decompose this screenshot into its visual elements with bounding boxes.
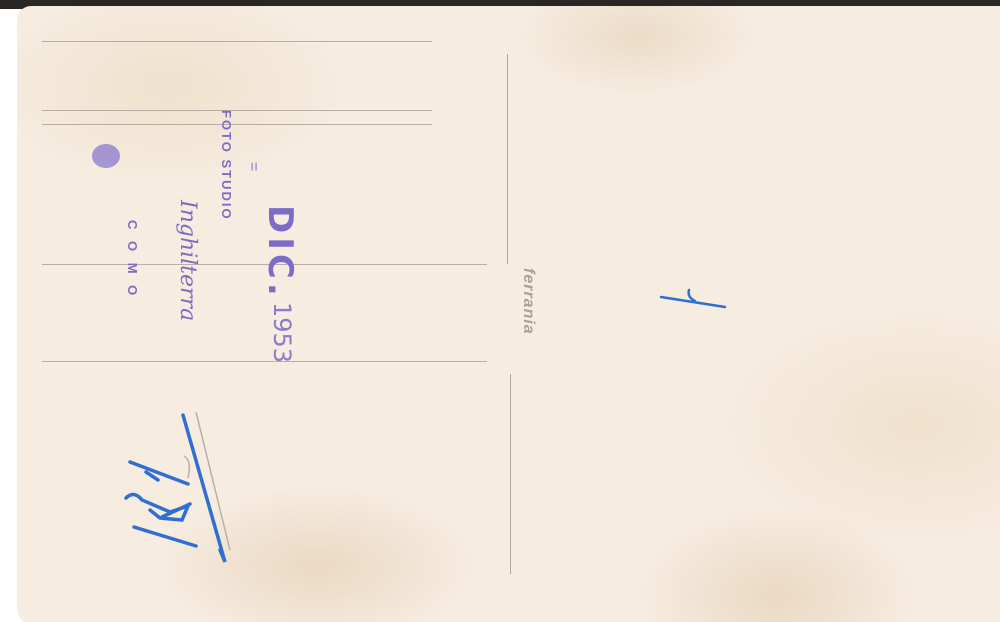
date-stamp-year: 1953 [268, 302, 296, 363]
stamp-studio-text: FOTO STUDIO [219, 110, 234, 221]
divider-line [510, 374, 511, 574]
handwritten-mark [655, 285, 730, 315]
ruled-line [42, 41, 432, 42]
paper-brand-mark: ferrania [519, 268, 537, 335]
stamp-signature: Inghilterra [175, 200, 200, 321]
stamp-emblem-icon [92, 144, 120, 168]
date-prefix: = [244, 162, 262, 171]
studio-stamp: FOTO STUDIO Inghilterra C O M O [88, 104, 168, 344]
handwritten-number [110, 400, 250, 580]
divider-line [507, 54, 508, 264]
stamp-city: C O M O [125, 220, 140, 299]
date-stamp-month: DIC. [260, 205, 300, 300]
ruled-line [42, 361, 487, 362]
